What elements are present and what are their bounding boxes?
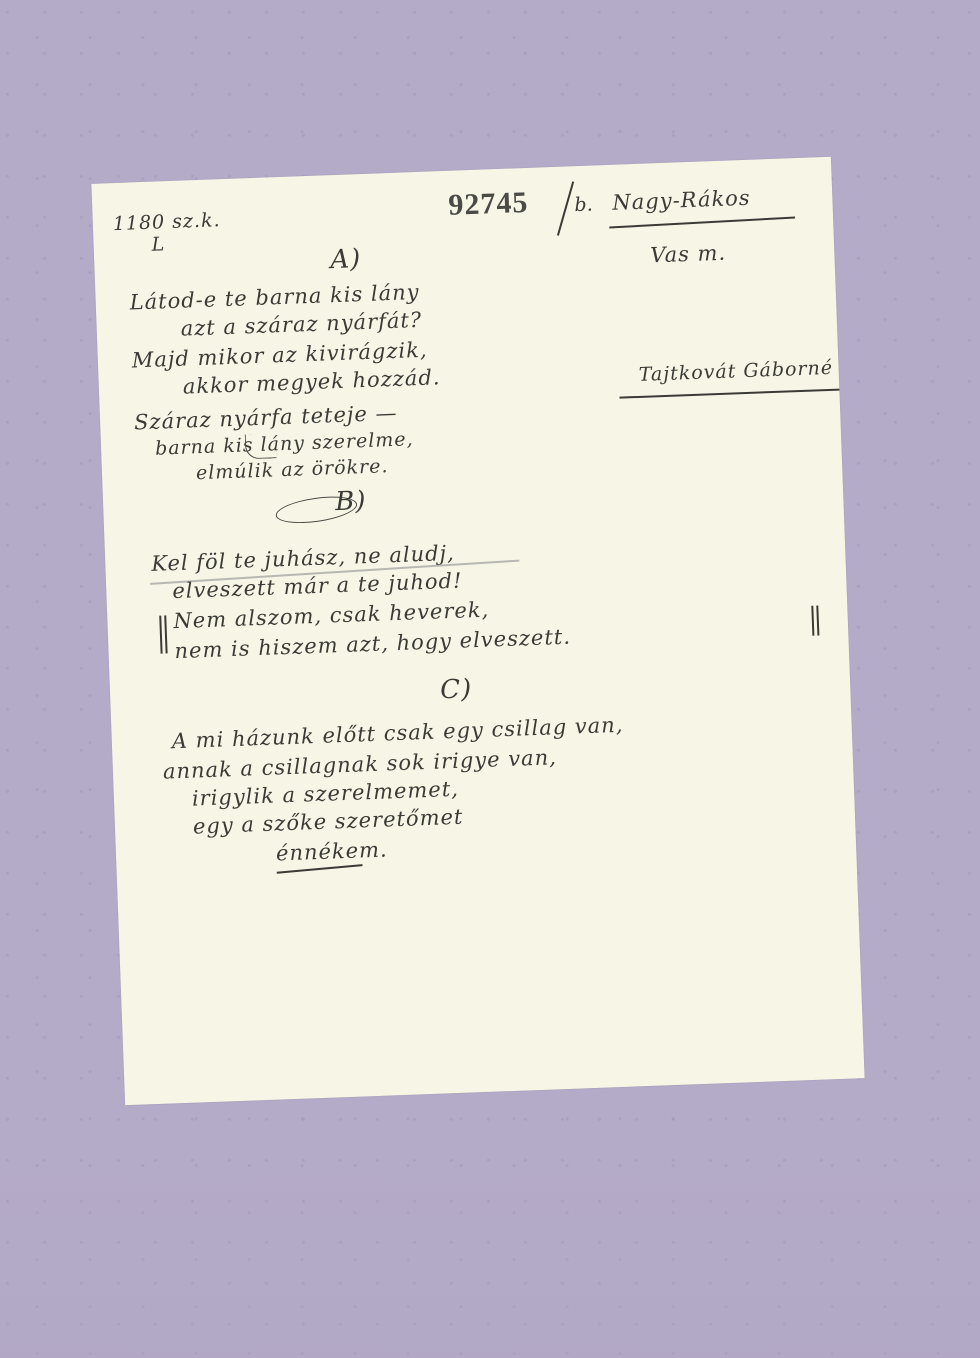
manuscript-sheet: 1180 sz.k. L 92745 b. Nagy-Rákos Vas m. … <box>91 157 864 1105</box>
place-name: Nagy-Rákos <box>612 186 751 215</box>
section-c-label: C) <box>440 674 473 705</box>
catalog-note: 1180 sz.k. <box>112 209 220 235</box>
archive-stamp-number: 92745 <box>448 186 529 223</box>
verse-line: elveszett már a te juhod! <box>172 569 463 604</box>
verse-line: elmúlik az örökre. <box>196 455 389 484</box>
verse-line: Nem alszom, csak heverek, <box>173 598 490 634</box>
singer-underline <box>620 389 840 399</box>
stamp-divider <box>557 181 574 235</box>
board-shading <box>0 1158 980 1358</box>
section-b-label: B) <box>335 486 367 517</box>
correction-arc <box>245 433 277 459</box>
repeat-bar-left <box>164 615 167 653</box>
archive-stamp-suffix: b. <box>574 194 593 217</box>
section-a-label: A) <box>330 244 362 275</box>
catalog-mark: L <box>151 233 165 255</box>
county-name: Vas m. <box>650 241 727 268</box>
verse-line: azt a száraz nyárfát? <box>180 308 422 341</box>
place-underline <box>609 216 795 228</box>
repeat-bar-right <box>816 606 819 636</box>
verse-line: akkor megyek hozzád. <box>182 365 440 398</box>
verse-line: egy a szőke szeretőmet <box>193 805 464 839</box>
verse-line: énnékem. <box>276 837 388 865</box>
repeat-bar-left <box>159 616 162 654</box>
repeat-bar-right <box>811 606 814 636</box>
singer-name: Tajtkovát Gáborné <box>638 357 833 386</box>
closing-flourish <box>277 864 363 873</box>
